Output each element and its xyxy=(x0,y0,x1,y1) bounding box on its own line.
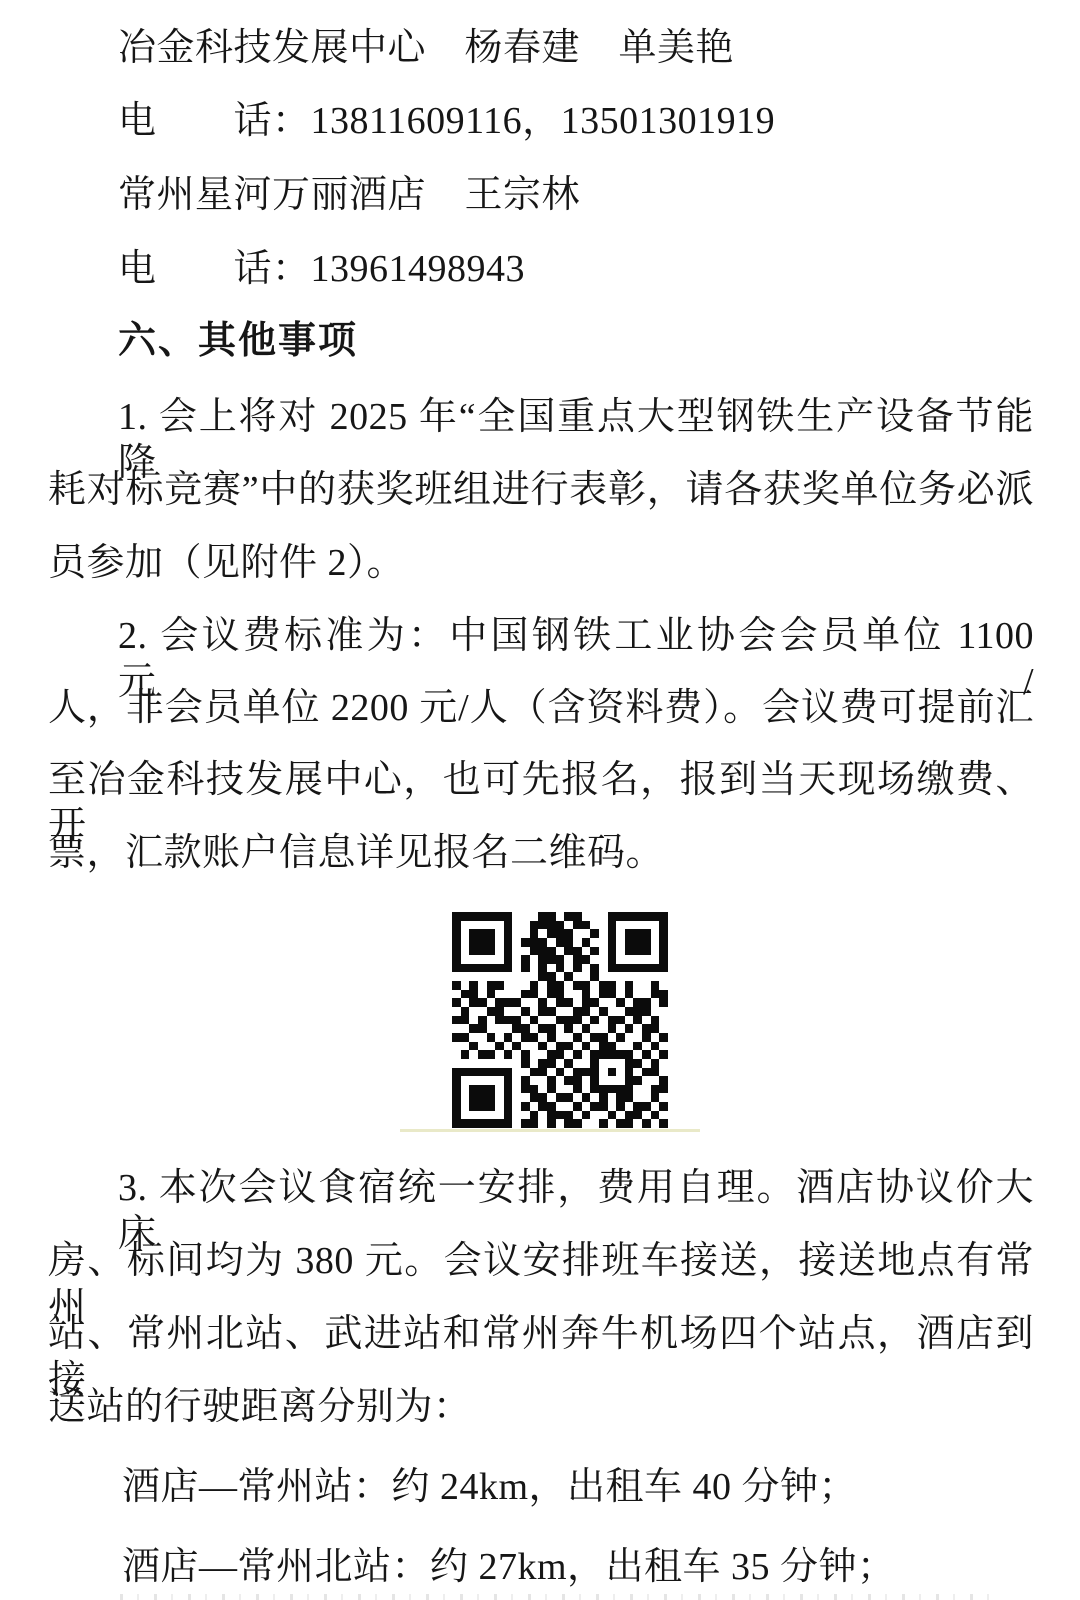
contact-phone2-line: 电 话：13961498943 xyxy=(118,246,525,292)
document-page: 冶金科技发展中心 杨春建 单美艳 电 话：13811609116，1350130… xyxy=(0,0,1080,1600)
contact-org2-line: 常州星河万丽酒店 王宗林 xyxy=(118,172,580,218)
contact-org1-line: 冶金科技发展中心 杨春建 单美艳 xyxy=(118,25,734,71)
registration-qr-code xyxy=(452,912,668,1128)
item3-line4: 送站的行驶距离分别为： xyxy=(48,1384,472,1430)
transport-line1: 酒店—常州站：约 24km，出租车 40 分钟； xyxy=(122,1464,857,1510)
qr-highlight-underline xyxy=(400,1129,700,1132)
item2-line4: 票，汇款账户信息详见报名二维码。 xyxy=(48,830,664,876)
contact-phone1-line: 电 话：13811609116，13501301919 xyxy=(118,98,775,144)
cutoff-next-line xyxy=(120,1594,990,1600)
item1-line3: 员参加（见附件 2）。 xyxy=(48,540,405,586)
transport-line2: 酒店—常州北站：约 27km，出租车 35 分钟； xyxy=(122,1544,896,1590)
item2-line2: 人，非会员单位 2200 元/人（含资料费）。会议费可提前汇 xyxy=(48,685,1034,731)
section-heading: 六、其他事项 xyxy=(118,318,358,364)
item1-line2: 耗对标竞赛”中的获奖班组进行表彰，请各获奖单位务必派 xyxy=(48,467,1034,513)
